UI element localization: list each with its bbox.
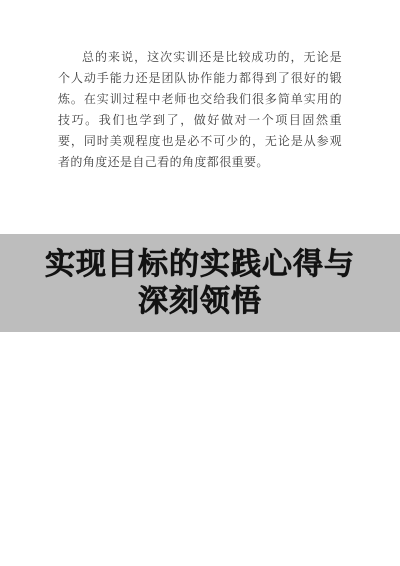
title-banner: 实现目标的实践心得与 深刻领悟 bbox=[0, 234, 400, 332]
summary-paragraph: 总的来说，这次实训还是比较成功的，无论是个人动手能力还是团队协作能力都得到了很好… bbox=[58, 47, 342, 173]
banner-title-line-1: 实现目标的实践心得与 bbox=[45, 246, 355, 283]
document-page: 总的来说，这次实训还是比较成功的，无论是个人动手能力还是团队协作能力都得到了很好… bbox=[0, 0, 400, 566]
banner-title-line-2: 深刻领悟 bbox=[138, 283, 262, 320]
